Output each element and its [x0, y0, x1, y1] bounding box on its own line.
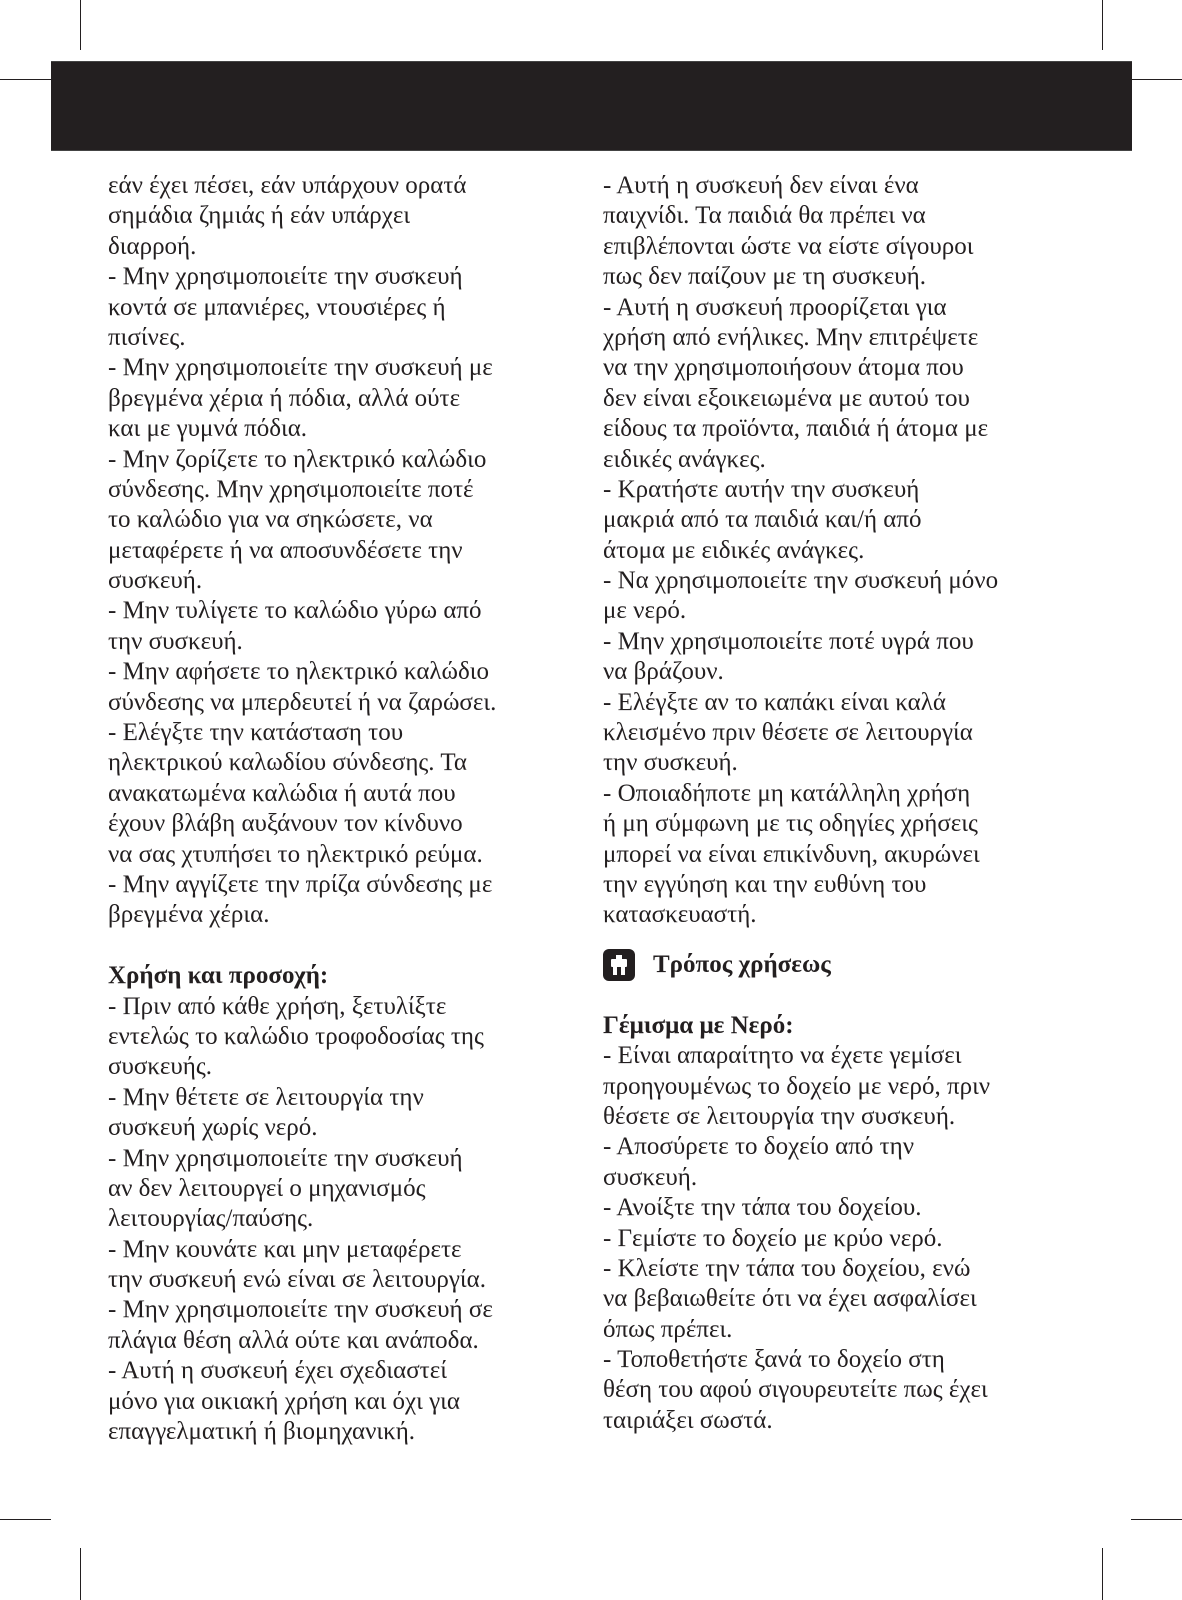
text-line: κατασκευαστή.: [603, 900, 1073, 930]
text-line: την συσκευή.: [108, 627, 578, 657]
text-line: την συσκευή ενώ είναι σε λειτουργία.: [108, 1265, 578, 1295]
right-column: - Αυτή η συσκευή δεν είναι έναπαιχνίδι. …: [603, 171, 1073, 1436]
instructions-section-header: Τρόπος χρήσεως: [603, 935, 1073, 995]
text-line: - Αυτή η συσκευή δεν είναι ένα: [603, 171, 1073, 201]
spacer: [108, 931, 578, 961]
water-filling-heading: Γέμισμα με Νερό:: [603, 1011, 1073, 1041]
text-line: - Οποιαδήποτε μη κατάλληλη χρήση: [603, 779, 1073, 809]
text-line: - Είναι απαραίτητο να έχετε γεμίσει: [603, 1041, 1073, 1071]
text-line: λειτουργίας/παύσης.: [108, 1204, 578, 1234]
text-line: ή μη σύμφωνη με τις οδηγίες χρήσεις: [603, 809, 1073, 839]
text-line: - Μην αγγίζετε την πρίζα σύνδεσης με: [108, 870, 578, 900]
text-line: ηλεκτρικού καλωδίου σύνδεσης. Τα: [108, 748, 578, 778]
crop-mark-bottom-left-horizontal: [0, 1519, 51, 1520]
text-line: - Μην αφήσετε το ηλεκτρικό καλώδιο: [108, 657, 578, 687]
text-line: - Αυτή η συσκευή έχει σχεδιαστεί: [108, 1356, 578, 1386]
text-line: κλεισμένο πριν θέσετε σε λειτουργία: [603, 718, 1073, 748]
text-line: συσκευή χωρίς νερό.: [108, 1113, 578, 1143]
crop-mark-top-right-horizontal: [1131, 79, 1182, 80]
text-line: θέσετε σε λειτουργία την συσκευή.: [603, 1102, 1073, 1132]
text-line: - Μην χρησιμοποιείτε την συσκευή: [108, 262, 578, 292]
text-line: εντελώς το καλώδιο τροφοδοσίας της: [108, 1022, 578, 1052]
text-line: - Αποσύρετε το δοχείο από την: [603, 1132, 1073, 1162]
text-line: πλάγια θέση αλλά ούτε και ανάποδα.: [108, 1326, 578, 1356]
text-line: μόνο για οικιακή χρήση και όχι για: [108, 1387, 578, 1417]
text-line: θέση του αφού σιγουρευτείτε πως έχει: [603, 1375, 1073, 1405]
text-line: - Αυτή η συσκευή προορίζεται για: [603, 293, 1073, 323]
text-line: - Γεμίστε το δοχείο με κρύο νερό.: [603, 1224, 1073, 1254]
text-line: ταιριάξει σωστά.: [603, 1406, 1073, 1436]
text-line: σημάδια ζημιάς ή εάν υπάρχει: [108, 201, 578, 231]
text-line: - Κλείστε την τάπα του δοχείου, ενώ: [603, 1254, 1073, 1284]
text-line: χρήση από ενήλικες. Μην επιτρέψετε: [603, 323, 1073, 353]
text-line: συσκευή.: [603, 1163, 1073, 1193]
text-line: είδους τα προϊόντα, παιδιά ή άτομα με: [603, 414, 1073, 444]
text-line: πως δεν παίζουν με τη συσκευή.: [603, 262, 1073, 292]
crop-mark-top-right-vertical: [1102, 0, 1103, 50]
text-line: κοντά σε μπανιέρες, ντουσιέρες ή: [108, 293, 578, 323]
text-line: - Μην χρησιμοποιείτε την συσκευή με: [108, 353, 578, 383]
text-line: μακριά από τα παιδιά και/ή από: [603, 505, 1073, 535]
text-line: μεταφέρετε ή να αποσυνδέσετε την: [108, 536, 578, 566]
usage-caution-heading: Χρήση και προσοχή:: [108, 961, 578, 991]
text-line: διαρροή.: [108, 232, 578, 262]
text-line: παιχνίδι. Τα παιδιά θα πρέπει να: [603, 201, 1073, 231]
text-line: βρεγμένα χέρια.: [108, 900, 578, 930]
text-line: - Μην ζορίζετε το ηλεκτρικό καλώδιο: [108, 445, 578, 475]
crop-mark-bottom-right-vertical: [1102, 1548, 1103, 1600]
text-line: βρεγμένα χέρια ή πόδια, αλλά ούτε: [108, 384, 578, 414]
text-line: - Μην χρησιμοποιείτε την συσκευή: [108, 1144, 578, 1174]
text-line: - Μην χρησιμοποιείτε ποτέ υγρά που: [603, 627, 1073, 657]
header-bar: [51, 61, 1132, 151]
text-line: την συσκευή.: [603, 748, 1073, 778]
text-line: αν δεν λειτουργεί ο μηχανισμός: [108, 1174, 578, 1204]
crop-mark-top-left-horizontal: [0, 79, 51, 80]
text-line: μπορεί να είναι επικίνδυνη, ακυρώνει: [603, 840, 1073, 870]
right-paragraphs-2: - Είναι απαραίτητο να έχετε γεμίσειπροηγ…: [603, 1041, 1073, 1436]
text-line: - Να χρησιμοποιείτε την συσκευή μόνο: [603, 566, 1073, 596]
text-line: πισίνες.: [108, 323, 578, 353]
instructions-section-title: Τρόπος χρήσεως: [653, 950, 831, 980]
text-line: να βεβαιωθείτε ότι να έχει ασφαλίσει: [603, 1284, 1073, 1314]
text-line: - Μην χρησιμοποιείτε την συσκευή σε: [108, 1295, 578, 1325]
text-line: - Ανοίξτε την τάπα του δοχείου.: [603, 1193, 1073, 1223]
right-paragraphs-1: - Αυτή η συσκευή δεν είναι έναπαιχνίδι. …: [603, 171, 1073, 931]
text-line: με νερό.: [603, 596, 1073, 626]
left-paragraphs-2: - Πριν από κάθε χρήση, ξετυλίξτεεντελώς …: [108, 992, 578, 1448]
text-line: σύνδεσης. Μην χρησιμοποιείτε ποτέ: [108, 475, 578, 505]
plug-icon: [603, 949, 635, 981]
text-line: εάν έχει πέσει, εάν υπάρχουν ορατά: [108, 171, 578, 201]
crop-mark-bottom-left-vertical: [80, 1548, 81, 1600]
text-line: επαγγελματική ή βιομηχανική.: [108, 1417, 578, 1447]
crop-mark-bottom-right-horizontal: [1131, 1519, 1182, 1520]
text-line: - Κρατήστε αυτήν την συσκευή: [603, 475, 1073, 505]
crop-mark-top-left-vertical: [80, 0, 81, 50]
text-line: έχουν βλάβη αυξάνουν τον κίνδυνο: [108, 809, 578, 839]
text-line: - Μην θέτετε σε λειτουργία την: [108, 1083, 578, 1113]
text-line: ανακατωμένα καλώδια ή αυτά που: [108, 779, 578, 809]
text-line: άτομα με ειδικές ανάγκες.: [603, 536, 1073, 566]
text-line: όπως πρέπει.: [603, 1315, 1073, 1345]
left-column: εάν έχει πέσει, εάν υπάρχουν ορατάσημάδι…: [108, 171, 578, 1447]
text-line: - Ελέγξτε την κατάσταση του: [108, 718, 578, 748]
text-line: - Μην κουνάτε και μην μεταφέρετε: [108, 1235, 578, 1265]
text-line: να βράζουν.: [603, 657, 1073, 687]
text-line: - Ελέγξτε αν το καπάκι είναι καλά: [603, 688, 1073, 718]
text-line: την εγγύηση και την ευθύνη του: [603, 870, 1073, 900]
text-line: δεν είναι εξοικειωμένα με αυτού του: [603, 384, 1073, 414]
text-line: το καλώδιο για να σηκώσετε, να: [108, 505, 578, 535]
text-line: προηγουμένως το δοχείο με νερό, πριν: [603, 1072, 1073, 1102]
text-line: σύνδεσης να μπερδευτεί ή να ζαρώσει.: [108, 688, 578, 718]
text-line: - Πριν από κάθε χρήση, ξετυλίξτε: [108, 992, 578, 1022]
text-line: συσκευής.: [108, 1052, 578, 1082]
spacer: [603, 1001, 1073, 1011]
left-paragraphs-1: εάν έχει πέσει, εάν υπάρχουν ορατάσημάδι…: [108, 171, 578, 931]
text-line: ειδικές ανάγκες.: [603, 445, 1073, 475]
text-line: συσκευή.: [108, 566, 578, 596]
text-line: επιβλέπονται ώστε να είστε σίγουροι: [603, 232, 1073, 262]
text-line: - Τοποθετήστε ξανά το δοχείο στη: [603, 1345, 1073, 1375]
text-line: και με γυμνά πόδια.: [108, 414, 578, 444]
text-line: να σας χτυπήσει το ηλεκτρικό ρεύμα.: [108, 840, 578, 870]
text-line: - Μην τυλίγετε το καλώδιο γύρω από: [108, 596, 578, 626]
text-line: να την χρησιμοποιήσουν άτομα που: [603, 353, 1073, 383]
